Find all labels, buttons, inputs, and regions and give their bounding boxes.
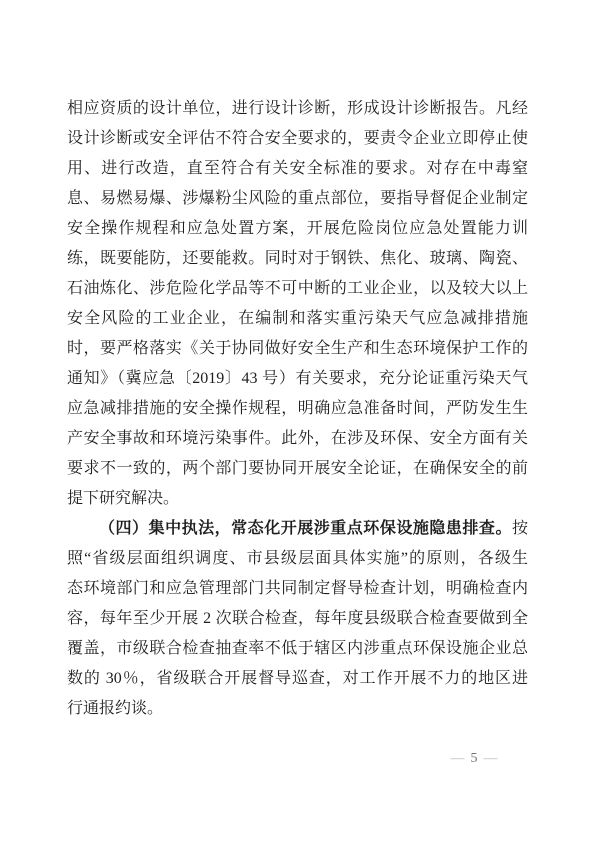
text-segment: 安全风险的工业企业，在编制和落实重污染天气应急减排措施 xyxy=(67,310,528,327)
text-segment: 照“省级层面组织调度、市县级层面具体实施”的原则，各级生 xyxy=(67,550,528,567)
text-line: 息、易燃易爆、涉爆粉尘风险的重点部位，要指导督促企业制定 xyxy=(67,184,528,214)
page-number-value: 5 xyxy=(467,751,484,766)
text-segment: 行通报约谈。 xyxy=(67,700,163,717)
text-segment: 用、进行改造，直至符合有关安全标准的要求。对存在中毒窒 xyxy=(67,160,528,177)
text-line: 安全风险的工业企业，在编制和落实重污染天气应急减排措施 xyxy=(67,304,528,334)
text-segment: 安全操作规程和应急处置方案，开展危险岗位应急处置能力训 xyxy=(67,220,528,237)
page-number-dash-left: — xyxy=(451,751,467,766)
text-line: 通知》（冀应急〔2019〕43 号）有关要求，充分论证重污染天气 xyxy=(67,364,528,394)
text-segment: 态环境部门和应急管理部门共同制定督导检查计划，明确检查内 xyxy=(67,580,528,597)
text-line: 行通报约谈。 xyxy=(67,694,528,724)
text-line: 产安全事故和环境污染事件。此外，在涉及环保、安全方面有关 xyxy=(67,424,528,454)
text-segment-bold: （四）集中执法，常态化开展涉重点环保设施隐患排查。 xyxy=(99,520,512,537)
text-segment: 通知》（冀应急〔2019〕43 号）有关要求，充分论证重污染天气 xyxy=(67,370,528,387)
text-line: 安全操作规程和应急处置方案，开展危险岗位应急处置能力训 xyxy=(67,214,528,244)
text-segment: 数的 30％，省级联合开展督导巡查，对工作开展不力的地区进 xyxy=(67,670,528,687)
page-number-dash-right: — xyxy=(484,751,500,766)
text-line: 要求不一致的，两个部门要协同开展安全论证，在确保安全的前 xyxy=(67,454,528,484)
text-segment: 设计诊断或安全评估不符合安全要求的，要责令企业立即停止使 xyxy=(67,130,528,147)
text-line: 时，要严格落实《关于协同做好安全生产和生态环境保护工作的 xyxy=(67,334,528,364)
text-line: 应急减排措施的安全操作规程，明确应急准备时间，严防发生生 xyxy=(67,394,528,424)
document-body: 相应资质的设计单位，进行设计诊断，形成设计诊断报告。凡经设计诊断或安全评估不符合… xyxy=(67,94,528,724)
document-page: 相应资质的设计单位，进行设计诊断，形成设计诊断报告。凡经设计诊断或安全评估不符合… xyxy=(0,0,595,842)
text-segment: 覆盖，市级联合检查抽查率不低于辖区内涉重点环保设施企业总 xyxy=(67,640,528,657)
text-segment: 要求不一致的，两个部门要协同开展安全论证，在确保安全的前 xyxy=(67,460,528,477)
text-line: 覆盖，市级联合检查抽查率不低于辖区内涉重点环保设施企业总 xyxy=(67,634,528,664)
text-segment: 产安全事故和环境污染事件。此外，在涉及环保、安全方面有关 xyxy=(67,430,528,447)
text-segment: 时，要严格落实《关于协同做好安全生产和生态环境保护工作的 xyxy=(67,340,528,357)
text-line: 提下研究解决。 xyxy=(67,484,528,514)
text-line: 相应资质的设计单位，进行设计诊断，形成设计诊断报告。凡经 xyxy=(67,94,528,124)
text-segment: 按 xyxy=(512,520,528,537)
text-line: 容，每年至少开展 2 次联合检查，每年度县级联合检查要做到全 xyxy=(67,604,528,634)
text-line: 态环境部门和应急管理部门共同制定督导检查计划，明确检查内 xyxy=(67,574,528,604)
text-line: 石油炼化、涉危险化学品等不可中断的工业企业，以及较大以上 xyxy=(67,274,528,304)
text-line: （四）集中执法，常态化开展涉重点环保设施隐患排查。按 xyxy=(67,514,528,544)
text-segment: 石油炼化、涉危险化学品等不可中断的工业企业，以及较大以上 xyxy=(67,280,528,297)
text-segment: 提下研究解决。 xyxy=(67,490,179,507)
text-segment: 练，既要能防，还要能救。同时对于钢铁、焦化、玻璃、陶瓷、 xyxy=(67,250,528,267)
text-line: 用、进行改造，直至符合有关安全标准的要求。对存在中毒窒 xyxy=(67,154,528,184)
text-segment: 应急减排措施的安全操作规程，明确应急准备时间，严防发生生 xyxy=(67,400,528,417)
text-line: 数的 30％，省级联合开展督导巡查，对工作开展不力的地区进 xyxy=(67,664,528,694)
text-line: 设计诊断或安全评估不符合安全要求的，要责令企业立即停止使 xyxy=(67,124,528,154)
page-number: —5— xyxy=(440,749,510,769)
text-segment: 容，每年至少开展 2 次联合检查，每年度县级联合检查要做到全 xyxy=(67,610,528,627)
text-line: 照“省级层面组织调度、市县级层面具体实施”的原则，各级生 xyxy=(67,544,528,574)
text-segment: 相应资质的设计单位，进行设计诊断，形成设计诊断报告。凡经 xyxy=(67,100,528,117)
text-line: 练，既要能防，还要能救。同时对于钢铁、焦化、玻璃、陶瓷、 xyxy=(67,244,528,274)
text-segment: 息、易燃易爆、涉爆粉尘风险的重点部位，要指导督促企业制定 xyxy=(67,190,528,207)
